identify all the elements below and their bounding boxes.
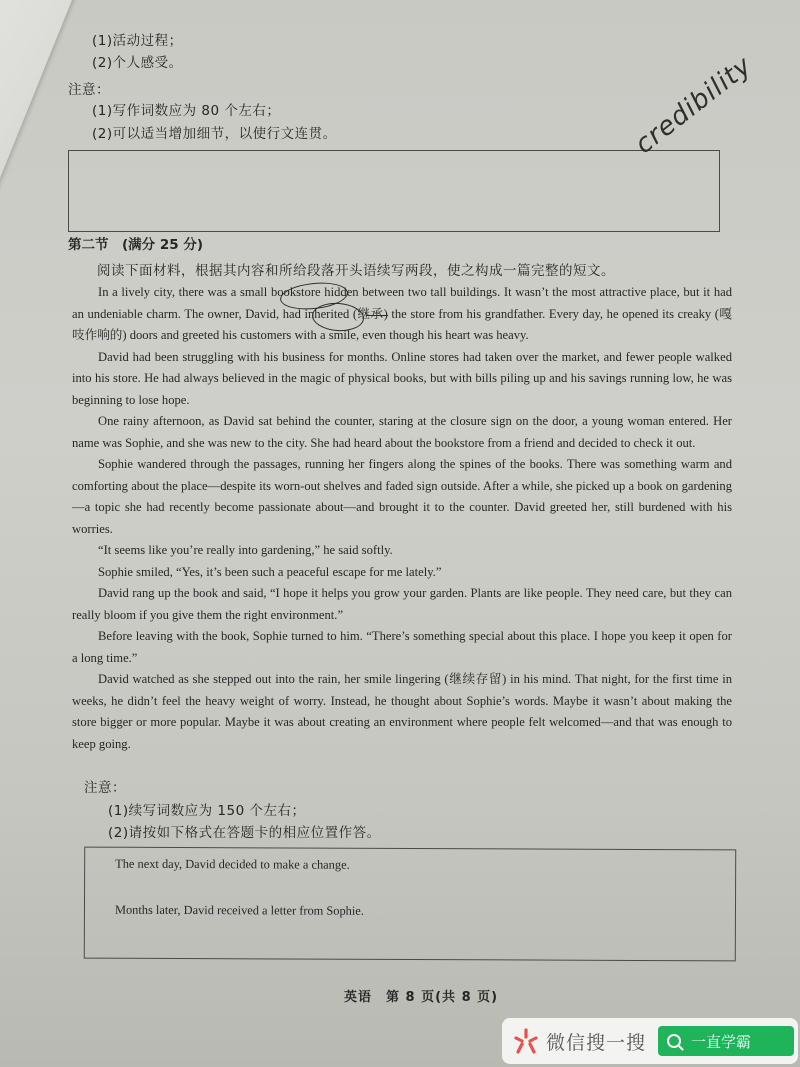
passage-paragraph: David watched as she stepped out into th… <box>72 669 732 755</box>
passage-paragraph: David had been struggling with his busin… <box>72 347 732 412</box>
wechat-search-button[interactable]: 一直学霸 <box>658 1026 794 1056</box>
pen-strike-had <box>366 315 388 316</box>
para2-opening: Months later, David received a letter fr… <box>115 903 364 919</box>
search-icon <box>667 1034 681 1048</box>
section2-heading: 第二节 (满分 25 分) <box>68 236 203 254</box>
section2-note-2: (2)请按如下格式在答题卡的相应位置作答。 <box>108 824 381 842</box>
wechat-search-button-label: 一直学霸 <box>691 1031 751 1052</box>
passage-paragraph: Sophie wandered through the passages, ru… <box>72 454 732 540</box>
passage-paragraph: “It seems like you’re really into garden… <box>72 540 732 562</box>
task1-writing-box[interactable] <box>68 150 720 232</box>
task1-item-1: (1)活动过程； <box>92 32 183 50</box>
task1-notes-label: 注意： <box>68 81 110 99</box>
task1-note-1: (1)写作词数应为 80 个左右； <box>92 102 280 120</box>
wechat-search-label: 微信搜一搜 <box>546 1028 646 1055</box>
passage-paragraph: In a lively city, there was a small book… <box>72 282 732 347</box>
para1-opening: The next day, David decided to make a ch… <box>115 857 350 873</box>
task1-item-2: (2)个人感受。 <box>92 54 183 72</box>
wechat-search-logo-icon <box>512 1027 540 1055</box>
section2-instruction: 阅读下面材料，根据其内容和所给段落开头语续写两段，使之构成一篇完整的短文。 <box>97 262 615 280</box>
passage-paragraph: Before leaving with the book, Sophie tur… <box>72 626 732 669</box>
section2-notes-label: 注意： <box>84 779 126 797</box>
passage-paragraph: David rang up the book and said, “I hope… <box>72 583 732 626</box>
handwritten-note: credibility <box>630 50 758 160</box>
footer-page-number: 第 8 页(共 8 页) <box>386 990 498 1005</box>
task1-note-2: (2)可以适当增加细节，以使行文连贯。 <box>92 125 337 143</box>
footer-subject: 英语 <box>344 990 372 1005</box>
page-footer: 英语第 8 页(共 8 页) <box>344 986 498 1005</box>
answer-format-box[interactable]: The next day, David decided to make a ch… <box>84 847 736 962</box>
passage-paragraph: One rainy afternoon, as David sat behind… <box>72 411 732 454</box>
section2-note-1: (1)续写词数应为 150 个左右； <box>108 802 305 820</box>
reading-passage: In a lively city, there was a small book… <box>72 282 732 755</box>
passage-paragraph: Sophie smiled, “Yes, it’s been such a pe… <box>72 562 732 584</box>
wechat-search-bar[interactable]: 微信搜一搜 一直学霸 <box>502 1018 798 1064</box>
exam-page: (1)活动过程； (2)个人感受。 注意： (1)写作词数应为 80 个左右； … <box>0 0 800 1067</box>
